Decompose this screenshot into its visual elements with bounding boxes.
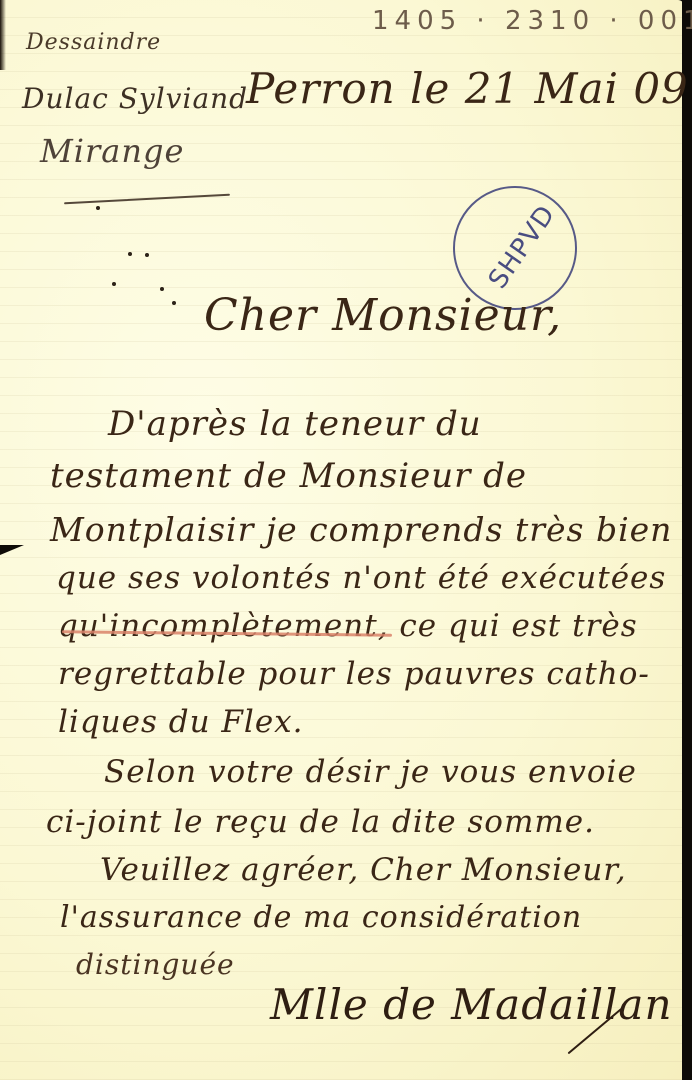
margin-note-1: Dessaindre: [26, 30, 161, 55]
body-line-9: ci-joint le reçu de la dite somme.: [46, 804, 595, 840]
signature: Mlle de Madaillan: [270, 980, 673, 1029]
ink-speck: [145, 253, 149, 257]
ink-speck: [172, 301, 176, 305]
stamp-text: SHPVD: [483, 200, 562, 295]
archive-number: 1405 · 2310 · 001: [372, 6, 692, 36]
body-line-4: que ses volontés n'ont été exécutées: [56, 560, 666, 596]
margin-note-2: Dulac Sylviand: [22, 82, 248, 115]
body-line-11: l'assurance de ma considération: [60, 900, 582, 935]
ink-speck: [128, 252, 132, 256]
body-line-7: liques du Flex.: [58, 704, 304, 740]
page-edge-shadow: [0, 0, 6, 70]
ink-speck: [96, 206, 100, 210]
ink-speck: [160, 287, 164, 291]
body-line-8: Selon votre désir je vous envoie: [104, 754, 637, 790]
body-line-1: D'après la teneur du: [108, 404, 482, 444]
body-line-5: qu'incomplètement, ce qui est très: [58, 608, 638, 644]
margin-note-3: Mirange: [40, 132, 184, 170]
body-line-10: Veuillez agréer, Cher Monsieur,: [100, 852, 627, 888]
dateline: Perron le 21 Mai 09.: [246, 64, 692, 113]
page-tear: [0, 545, 24, 555]
salutation: Cher Monsieur,: [204, 290, 562, 341]
body-line-3: Montplaisir je comprends très bien: [50, 510, 672, 549]
ink-speck: [112, 282, 116, 286]
scan-border-right: [682, 0, 692, 1080]
body-line-2: testament de Monsieur de: [50, 456, 527, 496]
body-line-6: regrettable pour les pauvres catho-: [58, 656, 650, 692]
body-line-12: distinguée: [76, 948, 235, 981]
